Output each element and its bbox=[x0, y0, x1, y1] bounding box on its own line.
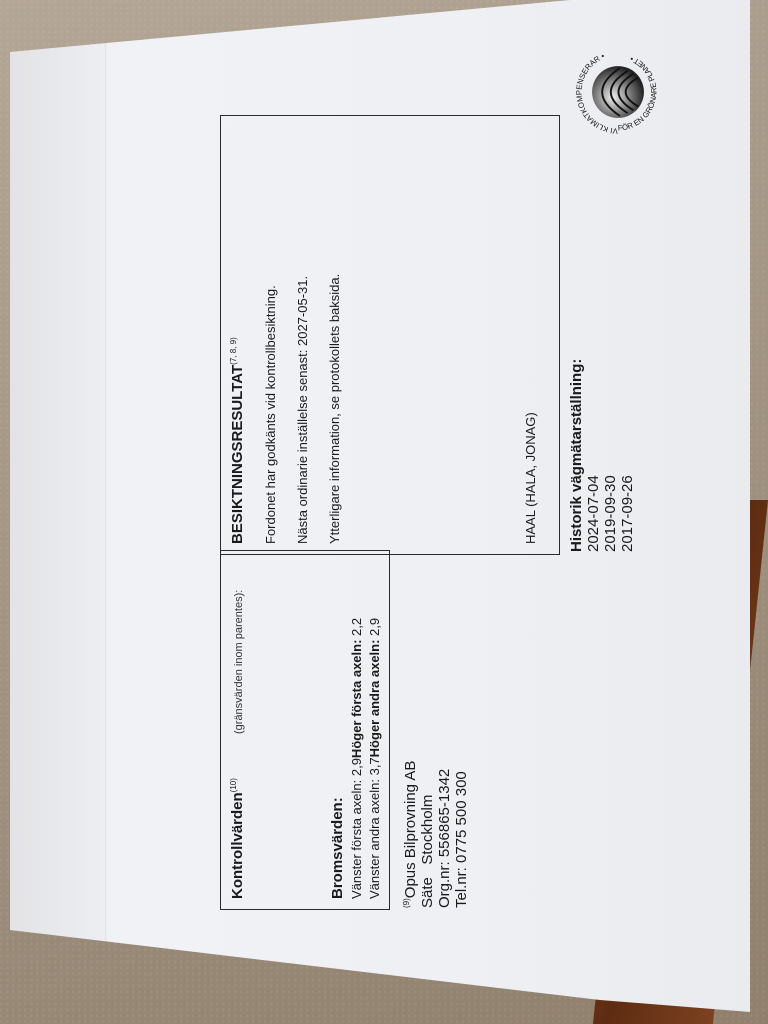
control-values-footnote: (10) bbox=[229, 778, 238, 792]
inspector-code: HAAL (HALA, JONAG) bbox=[523, 412, 538, 544]
brake-label: Höger andra axeln: bbox=[367, 640, 382, 758]
company-name: Opus Bilprovning AB bbox=[402, 761, 419, 899]
climate-compensation-logo-icon: VI KLIMATKOMPENSERAR • FÖR EN GRÖNARE PL… bbox=[570, 44, 666, 140]
brake-value: 2,9 bbox=[367, 618, 382, 636]
inspection-result-title: BESIKTNINGSRESULTAT(7, 8, 9) bbox=[229, 337, 246, 544]
limit-note: (gränsvärden inom parentes): bbox=[233, 590, 245, 734]
company-seat: Säte Stockholm bbox=[419, 761, 436, 908]
result-line: Nästa ordinarie inställelse senast: 2027… bbox=[295, 276, 310, 544]
brake-row: Vänster första axeln: 2,9Höger första ax… bbox=[349, 618, 364, 899]
odometer-history: Historik vägmätarställning: 2024-07-04 2… bbox=[568, 359, 636, 552]
result-line: Fordonet har godkänts vid kontrollbesikt… bbox=[263, 285, 278, 544]
brake-label: Höger första axeln: bbox=[349, 640, 364, 758]
company-info: (9)Opus Bilprovning AB Säte Stockholm Or… bbox=[398, 761, 470, 908]
brake-heading: Bromsvärden: bbox=[329, 797, 346, 899]
brake-row: Vänster andra axeln: 3,7Höger andra axel… bbox=[367, 618, 382, 899]
company-phone: Tel.nr: 0775 500 300 bbox=[453, 761, 470, 908]
inspection-result-title-text: BESIKTNINGSRESULTAT bbox=[229, 365, 246, 544]
control-values-title-text: Kontrollvärden bbox=[229, 792, 246, 899]
inspection-result-box: BESIKTNINGSRESULTAT(7, 8, 9) Fordonet ha… bbox=[220, 115, 560, 555]
company-footnote: (9) bbox=[402, 898, 411, 908]
odometer-title: Historik vägmätarställning: bbox=[568, 359, 585, 552]
brake-value: 2,2 bbox=[349, 618, 364, 636]
brake-value: 3,7 bbox=[367, 757, 382, 775]
odometer-date: 2017-09-26 bbox=[619, 359, 636, 552]
odometer-date: 2019-09-30 bbox=[602, 359, 619, 552]
control-values-title: Kontrollvärden(10) bbox=[229, 778, 246, 899]
inspection-result-footnote: (7, 8, 9) bbox=[229, 337, 238, 365]
brake-value: 2,9 bbox=[349, 758, 364, 776]
document-content: Kontrollvärden(10) (gränsvärden inom par… bbox=[30, 60, 750, 1000]
odometer-date: 2024-07-04 bbox=[585, 359, 602, 552]
brake-label: Vänster första axeln: bbox=[349, 780, 364, 899]
company-org-number: Org.nr: 556865-1342 bbox=[436, 761, 453, 908]
brake-label: Vänster andra axeln: bbox=[367, 779, 382, 899]
control-values-box: Kontrollvärden(10) (gränsvärden inom par… bbox=[220, 550, 390, 910]
result-line: Ytterligare information, se protokollets… bbox=[327, 274, 342, 544]
